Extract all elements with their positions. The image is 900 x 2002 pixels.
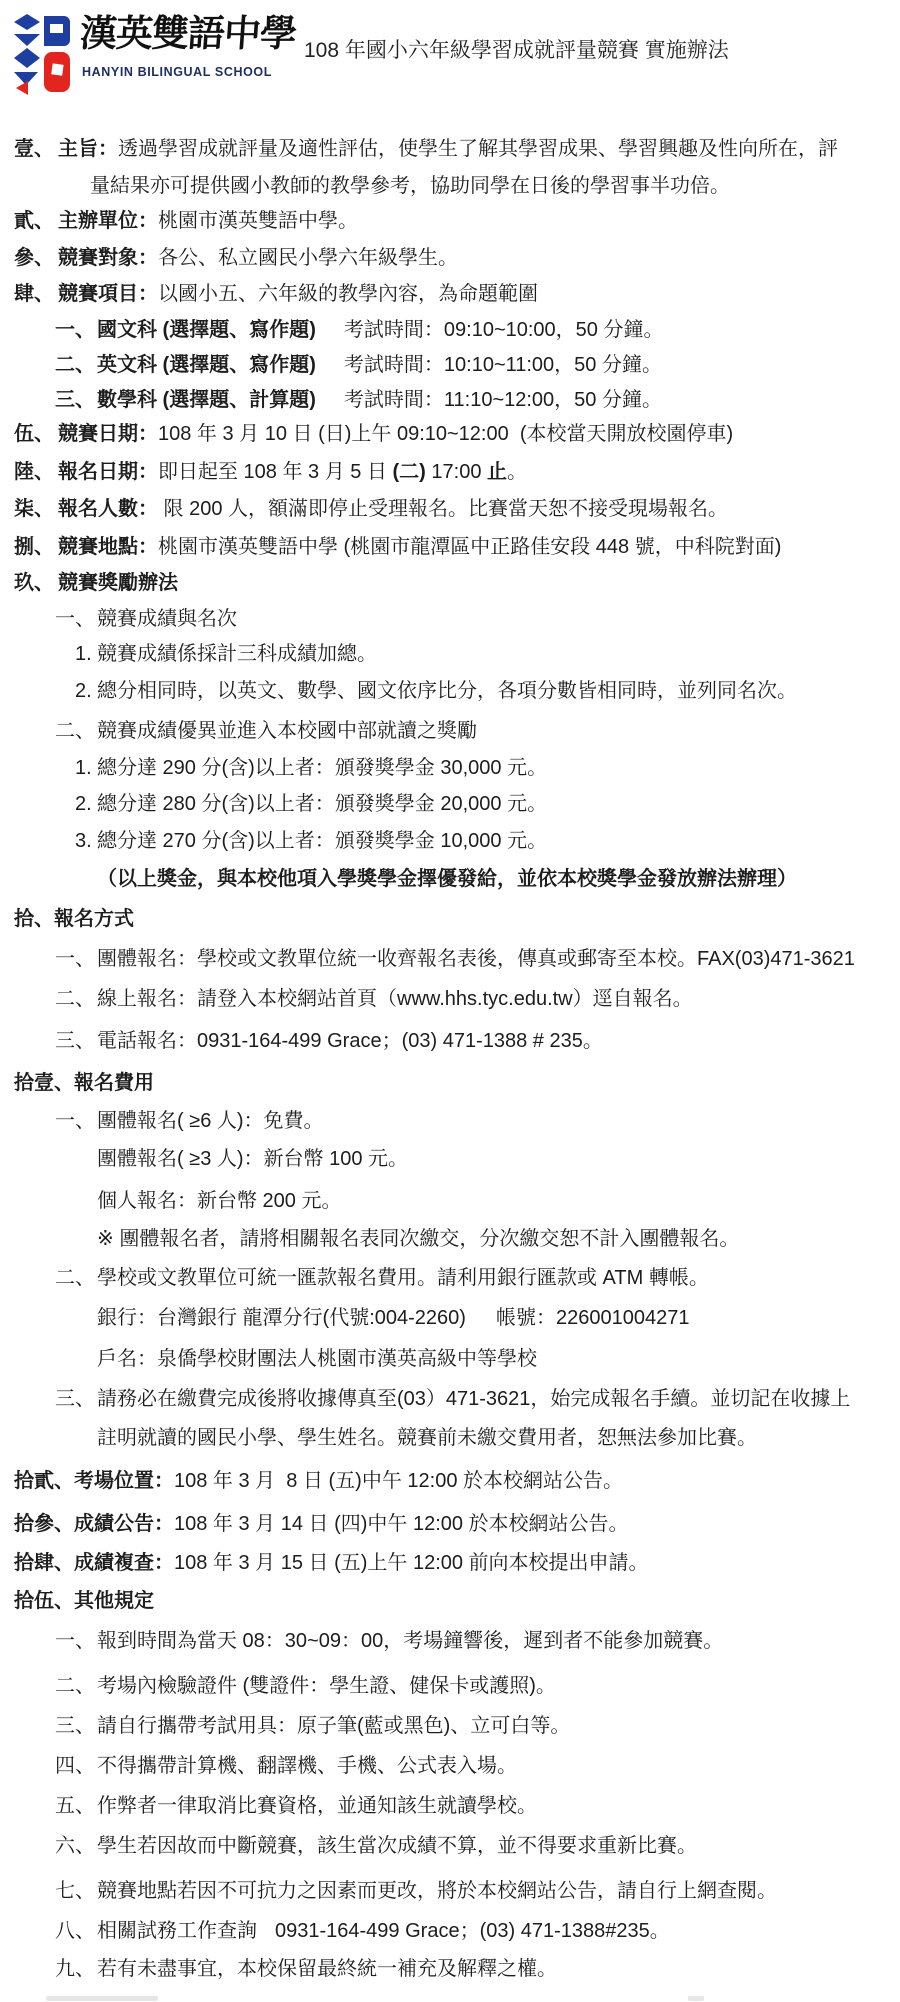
doc-text: 玖、 xyxy=(14,572,58,594)
doc-line: 一、報到時間為當天 08：30~09：00，考場鐘響後，遲到者不能參加競賽。 xyxy=(0,1630,900,1652)
doc-line: 捌、競賽地點：桃園市漢英雙語中學 (桃園市龍潭區中正路佳安段 448 號，中科院… xyxy=(0,536,900,558)
doc-text: 考試時間：10:10~11:00，50 分鐘。 xyxy=(344,354,662,376)
doc-line: 六、學生若因故而中斷競賽，該生當次成績不算，並不得要求重新比賽。 xyxy=(0,1835,900,1857)
doc-text: 1. xyxy=(75,757,97,779)
doc-text: 考試時間：09:10~10:00，50 分鐘。 xyxy=(344,319,664,341)
doc-line: 2.總分達 280 分(含)以上者：頒發獎學金 20,000 元。 xyxy=(0,793,900,815)
doc-text: 伍、 xyxy=(14,423,58,445)
doc-text: 陸、 xyxy=(14,461,58,483)
doc-text: 二、 xyxy=(55,1267,97,1289)
doc-text: 二、 xyxy=(55,1675,97,1697)
doc-line: 二、競賽成績優異並進入本校國中部就讀之獎勵 xyxy=(0,720,900,742)
doc-text: 二、 xyxy=(55,988,97,1010)
doc-text: 17:00 xyxy=(426,461,487,483)
doc-line: 戶名：泉僑學校財團法人桃園市漢英高級中等學校 xyxy=(0,1348,900,1370)
doc-text: 拾壹、報名費用 xyxy=(14,1072,154,1094)
doc-text: 競賽成績優異並進入本校國中部就讀之獎勵 xyxy=(97,720,477,742)
doc-line: 二、英文科 (選擇題、寫作題)考試時間：10:10~11:00，50 分鐘。 xyxy=(0,354,900,376)
doc-text: 三、 xyxy=(55,1388,97,1410)
doc-text: 3. xyxy=(75,830,97,852)
doc-text: 競賽獎勵辦法 xyxy=(58,572,178,594)
doc-text: 2. xyxy=(75,793,97,815)
doc-line: 1.總分達 290 分(含)以上者：頒發獎學金 30,000 元。 xyxy=(0,757,900,779)
doc-line: 團體報名( ≥3 人)：新台幣 100 元。 xyxy=(0,1148,900,1170)
doc-text: 九、 xyxy=(55,1958,97,1980)
doc-text: ※ 團體報名者，請將相關報名表同次繳交，分次繳交恕不計入團體報名。 xyxy=(97,1228,739,1250)
doc-text: （以上獎金，與本校他項入學獎學金擇優發給，並依本校獎學金發放辦法辦理） xyxy=(97,868,797,890)
school-name-chinese: 漢英雙語中學 xyxy=(78,10,297,56)
doc-text: 國文科 (選擇題、寫作題) xyxy=(97,319,316,341)
doc-text: 個人報名：新台幣 200 元。 xyxy=(97,1190,341,1212)
doc-line: 一、團體報名( ≥6 人)：免費。 xyxy=(0,1110,900,1132)
doc-text: 量結果亦可提供國小教師的教學參考，協助同學在日後的學習事半功倍。 xyxy=(90,175,730,197)
doc-line: 一、團體報名：學校或文教單位統一收齊報名表後，傳真或郵寄至本校。FAX(03)4… xyxy=(0,948,900,970)
document-header: 漢英雙語中學 HANYIN BILINGUAL SCHOOL 108 年國小六年… xyxy=(14,8,729,96)
doc-text: 止 xyxy=(487,461,507,483)
cropped-next-line-hint xyxy=(46,1996,158,2001)
doc-text: 團體報名：學校或文教單位統一收齊報名表後，傳真或郵寄至本校。FAX(03)471… xyxy=(97,948,855,970)
doc-line: 一、競賽成績與名次 xyxy=(0,608,900,630)
doc-text: 線上報名：請登入本校網站首頁（www.hhs.tyc.edu.tw）逕自報名。 xyxy=(97,988,693,1010)
doc-text: 以國小五、六年級的教學內容，為命題範圍 xyxy=(158,283,538,305)
doc-line: 三、請務必在繳費完成後將收據傳真至(03）471-3621，始完成報名手續。並切… xyxy=(0,1388,900,1410)
doc-text: 限 200 人，額滿即停止受理報名。比賽當天恕不接受現場報名。 xyxy=(158,498,728,520)
doc-text: 競賽日期： xyxy=(58,423,158,445)
doc-text: 桃園市漢英雙語中學。 xyxy=(158,210,358,232)
doc-text: 108 年 3 月 14 日 (四)中午 12:00 於本校網站公告。 xyxy=(174,1513,629,1535)
doc-line: 3.總分達 270 分(含)以上者：頒發獎學金 10,000 元。 xyxy=(0,830,900,852)
doc-text: 六、 xyxy=(55,1835,97,1857)
doc-text: 壹、 xyxy=(14,138,58,160)
doc-text: 作弊者一律取消比賽資格，並通知該生就讀學校。 xyxy=(97,1795,537,1817)
doc-text: 柒、 xyxy=(14,498,58,520)
doc-line: 二、線上報名：請登入本校網站首頁（www.hhs.tyc.edu.tw）逕自報名… xyxy=(0,988,900,1010)
doc-text: 報名人數： xyxy=(58,498,158,520)
doc-text: 108 年 3 月 10 日 (日)上午 09:10~12:00 (本校當天開放… xyxy=(158,423,733,445)
doc-text: 英文科 (選擇題、寫作題) xyxy=(97,354,316,376)
doc-text: 桃園市漢英雙語中學 (桃園市龍潭區中正路佳安段 448 號，中科院對面) xyxy=(158,536,781,558)
doc-text: 總分達 270 分(含)以上者：頒發獎學金 10,000 元。 xyxy=(97,830,547,852)
scanned-announcement-page: 漢英雙語中學 HANYIN BILINGUAL SCHOOL 108 年國小六年… xyxy=(0,0,900,2002)
doc-text: 一、 xyxy=(55,1110,97,1132)
doc-text: 報名日期： xyxy=(58,461,158,483)
doc-line: 量結果亦可提供國小教師的教學參考，協助同學在日後的學習事半功倍。 xyxy=(0,175,900,197)
doc-line: 註明就讀的國民小學、學生姓名。競賽前未繳交費用者，恕無法參加比賽。 xyxy=(0,1427,900,1449)
doc-text: 競賽項目： xyxy=(58,283,158,305)
doc-text: 一、 xyxy=(55,1630,97,1652)
doc-text: 四、 xyxy=(55,1755,97,1777)
doc-text: 競賽成績與名次 xyxy=(97,608,237,630)
doc-text: 透過學習成就評量及適性評估，使學生了解其學習成果、學習興趣及性向所在，評 xyxy=(118,138,838,160)
doc-text: 相關試務工作查詢 xyxy=(97,1920,257,1942)
doc-line: 1.競賽成績係採計三科成績加總。 xyxy=(0,643,900,665)
doc-line: 三、數學科 (選擇題、計算題)考試時間：11:10~12:00，50 分鐘。 xyxy=(0,389,900,411)
school-logo-icon xyxy=(14,12,72,96)
doc-text: 一、 xyxy=(55,319,97,341)
doc-text: 拾貳、考場位置： xyxy=(14,1470,174,1492)
doc-text: 三、 xyxy=(55,1030,97,1052)
doc-line: 一、國文科 (選擇題、寫作題)考試時間：09:10~10:00，50 分鐘。 xyxy=(0,319,900,341)
doc-text: 一、 xyxy=(55,948,97,970)
doc-text: 不得攜帶計算機、翻譯機、手機、公式表入場。 xyxy=(97,1755,517,1777)
doc-line: 拾、報名方式 xyxy=(0,908,900,930)
doc-text: 各公、私立國民小學六年級學生。 xyxy=(158,247,458,269)
doc-text: 總分相同時，以英文、數學、國文依序比分，各項分數皆相同時，並列同名次。 xyxy=(97,680,797,702)
doc-line: 玖、競賽獎勵辦法 xyxy=(0,572,900,594)
cropped-next-line-hint xyxy=(688,1996,704,2001)
doc-text: 電話報名：0931-164-499 Grace；(03) 471-1388 # … xyxy=(97,1030,603,1052)
page-title: 108 年國小六年級學習成就評量競賽 實施辦法 xyxy=(304,34,729,64)
doc-text: (二) xyxy=(393,461,426,483)
doc-text: 三、 xyxy=(55,389,97,411)
doc-line: 七、競賽地點若因不可抗力之因素而更改，將於本校網站公告，請自行上網查閱。 xyxy=(0,1880,900,1902)
doc-text: 二、 xyxy=(55,354,97,376)
doc-text: 團體報名( ≥3 人)：新台幣 100 元。 xyxy=(97,1148,408,1170)
doc-line: 參、競賽對象：各公、私立國民小學六年級學生。 xyxy=(0,247,900,269)
doc-text: 請自行攜帶考試用具：原子筆(藍或黑色)、立可白等。 xyxy=(97,1715,570,1737)
doc-text: 1. xyxy=(75,643,97,665)
doc-text: 競賽對象： xyxy=(58,247,158,269)
doc-line: 個人報名：新台幣 200 元。 xyxy=(0,1190,900,1212)
doc-text: 總分達 280 分(含)以上者：頒發獎學金 20,000 元。 xyxy=(97,793,547,815)
doc-line: 拾壹、報名費用 xyxy=(0,1072,900,1094)
doc-line: 四、不得攜帶計算機、翻譯機、手機、公式表入場。 xyxy=(0,1755,900,1777)
doc-text: 報到時間為當天 08：30~09：00，考場鐘響後，遲到者不能參加競賽。 xyxy=(97,1630,723,1652)
doc-line: 2.總分相同時，以英文、數學、國文依序比分，各項分數皆相同時，並列同名次。 xyxy=(0,680,900,702)
doc-text: 考場內檢驗證件 (雙證件：學生證、健保卡或護照)。 xyxy=(97,1675,556,1697)
doc-text: 競賽地點若因不可抗力之因素而更改，將於本校網站公告，請自行上網查閱。 xyxy=(97,1880,777,1902)
doc-text: 學校或文教單位可統一匯款報名費用。請利用銀行匯款或 ATM 轉帳。 xyxy=(97,1267,709,1289)
doc-line: 壹、主旨：透過學習成就評量及適性評估，使學生了解其學習成果、學習興趣及性向所在，… xyxy=(0,138,900,160)
doc-text: 總分達 290 分(含)以上者：頒發獎學金 30,000 元。 xyxy=(97,757,547,779)
doc-line: 柒、報名人數： 限 200 人，額滿即停止受理報名。比賽當天恕不接受現場報名。 xyxy=(0,498,900,520)
doc-text: 拾、報名方式 xyxy=(14,908,134,930)
doc-text: 註明就讀的國民小學、學生姓名。競賽前未繳交費用者，恕無法參加比賽。 xyxy=(97,1427,757,1449)
doc-line: 貳、主辦單位：桃園市漢英雙語中學。 xyxy=(0,210,900,232)
doc-text: 。 xyxy=(507,461,527,483)
doc-text: 三、 xyxy=(55,1715,97,1737)
doc-line: 八、相關試務工作查詢0931-164-499 Grace；(03) 471-13… xyxy=(0,1920,900,1942)
doc-line: 拾肆、成績複查：108 年 3 月 15 日 (五)上午 12:00 前向本校提… xyxy=(0,1552,900,1574)
doc-text: 七、 xyxy=(55,1880,97,1902)
doc-line: 二、考場內檢驗證件 (雙證件：學生證、健保卡或護照)。 xyxy=(0,1675,900,1697)
doc-text: 拾參、成績公告： xyxy=(14,1513,174,1535)
doc-text: 108 年 3 月 15 日 (五)上午 12:00 前向本校提出申請。 xyxy=(174,1552,649,1574)
doc-line: 五、作弊者一律取消比賽資格，並通知該生就讀學校。 xyxy=(0,1795,900,1817)
doc-line: （以上獎金，與本校他項入學獎學金擇優發給，並依本校獎學金發放辦法辦理） xyxy=(0,868,900,890)
doc-text: 108 年 3 月 8 日 (五)中午 12:00 於本校網站公告。 xyxy=(174,1470,623,1492)
doc-text: 競賽地點： xyxy=(58,536,158,558)
doc-text: 團體報名( ≥6 人)：免費。 xyxy=(97,1110,324,1132)
doc-text: 五、 xyxy=(55,1795,97,1817)
doc-line: 拾貳、考場位置：108 年 3 月 8 日 (五)中午 12:00 於本校網站公… xyxy=(0,1470,900,1492)
doc-line: ※ 團體報名者，請將相關報名表同次繳交，分次繳交恕不計入團體報名。 xyxy=(0,1228,900,1250)
doc-text: 拾肆、成績複查： xyxy=(14,1552,174,1574)
school-name-english: HANYIN BILINGUAL SCHOOL xyxy=(82,65,296,79)
doc-line: 九、若有未盡事宜，本校保留最終統一補充及解釋之權。 xyxy=(0,1958,900,1980)
doc-line: 二、學校或文教單位可統一匯款報名費用。請利用銀行匯款或 ATM 轉帳。 xyxy=(0,1267,900,1289)
doc-text: 銀行：台灣銀行 龍潭分行(代號:004-2260) xyxy=(97,1307,466,1329)
doc-text: 肆、 xyxy=(14,283,58,305)
doc-line: 三、請自行攜帶考試用具：原子筆(藍或黑色)、立可白等。 xyxy=(0,1715,900,1737)
doc-text: 二、 xyxy=(55,720,97,742)
doc-text: 2. xyxy=(75,680,97,702)
doc-line: 拾參、成績公告：108 年 3 月 14 日 (四)中午 12:00 於本校網站… xyxy=(0,1513,900,1535)
doc-text: 捌、 xyxy=(14,536,58,558)
doc-text: 主辦單位： xyxy=(58,210,158,232)
doc-text: 請務必在繳費完成後將收據傳真至(03）471-3621，始完成報名手續。並切記在… xyxy=(97,1388,850,1410)
doc-line: 肆、競賽項目：以國小五、六年級的教學內容，為命題範圍 xyxy=(0,283,900,305)
doc-line: 銀行：台灣銀行 龍潭分行(代號:004-2260)帳號：226001004271 xyxy=(0,1307,900,1329)
doc-text: 戶名：泉僑學校財團法人桃園市漢英高級中等學校 xyxy=(97,1348,537,1370)
doc-text: 競賽成績係採計三科成績加總。 xyxy=(97,643,377,665)
doc-text: 學生若因故而中斷競賽，該生當次成績不算，並不得要求重新比賽。 xyxy=(97,1835,697,1857)
doc-text: 考試時間：11:10~12:00，50 分鐘。 xyxy=(344,389,662,411)
doc-text: 主旨： xyxy=(58,138,118,160)
doc-text: 數學科 (選擇題、計算題) xyxy=(97,389,316,411)
doc-text: 若有未盡事宜，本校保留最終統一補充及解釋之權。 xyxy=(97,1958,557,1980)
doc-text: 帳號：226001004271 xyxy=(496,1307,689,1329)
doc-text: 貳、 xyxy=(14,210,58,232)
doc-line: 三、電話報名：0931-164-499 Grace；(03) 471-1388 … xyxy=(0,1030,900,1052)
doc-text: 參、 xyxy=(14,247,58,269)
doc-text: 0931-164-499 Grace；(03) 471-1388#235。 xyxy=(275,1920,670,1942)
school-name-block: 漢英雙語中學 HANYIN BILINGUAL SCHOOL xyxy=(80,10,296,79)
doc-line: 拾伍、其他規定 xyxy=(0,1590,900,1612)
doc-text: 八、 xyxy=(55,1920,97,1942)
doc-text: 拾伍、其他規定 xyxy=(14,1590,154,1612)
doc-line: 伍、競賽日期：108 年 3 月 10 日 (日)上午 09:10~12:00 … xyxy=(0,423,900,445)
doc-text: 即日起至 108 年 3 月 5 日 xyxy=(158,461,393,483)
doc-line: 陸、報名日期：即日起至 108 年 3 月 5 日 (二) 17:00 止。 xyxy=(0,461,900,483)
doc-text: 一、 xyxy=(55,608,97,630)
